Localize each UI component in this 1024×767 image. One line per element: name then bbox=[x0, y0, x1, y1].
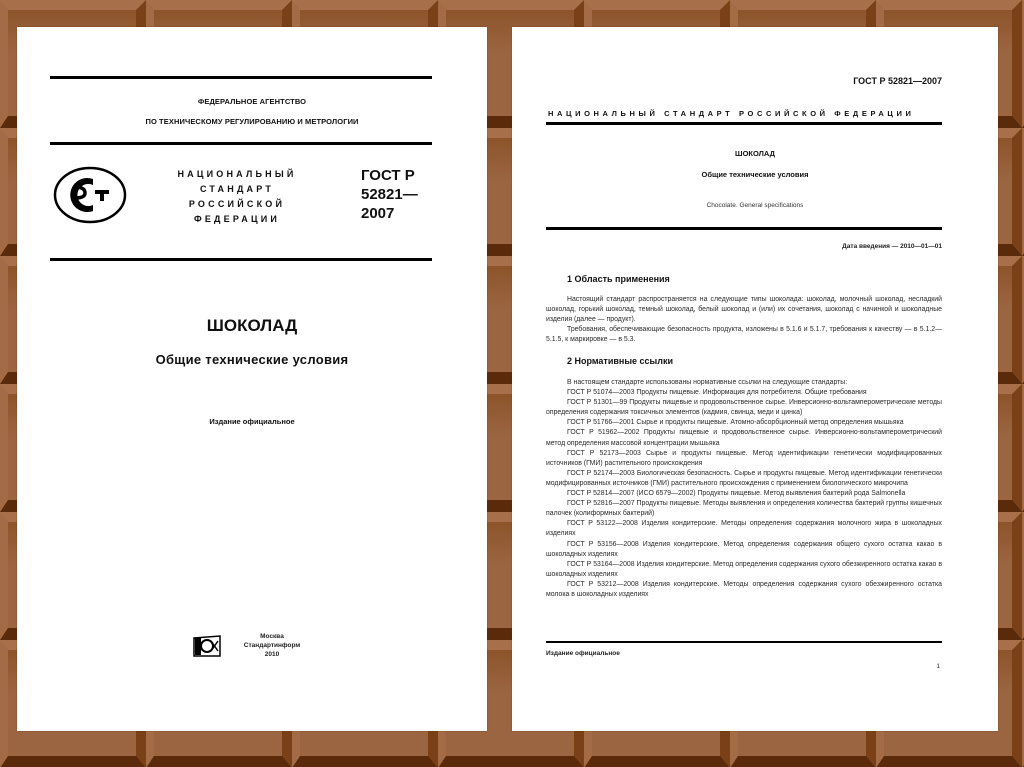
references-intro: В настоящем стандарте использованы норма… bbox=[546, 378, 942, 388]
section-2-body: В настоящем стандарте использованы норма… bbox=[546, 378, 942, 600]
publisher-city: Москва bbox=[227, 632, 317, 641]
publisher-name: Стандартинформ bbox=[227, 641, 317, 650]
document-title: ШОКОЛАД bbox=[512, 149, 998, 158]
rst-certification-logo-icon bbox=[53, 165, 127, 225]
mid-rule bbox=[50, 142, 432, 145]
nat-line-2: СТАНДАРТ bbox=[157, 182, 317, 197]
reference-item: ГОСТ Р 52814—2007 (ИСО 6579—2002) Продук… bbox=[546, 489, 942, 499]
reference-item: ГОСТ Р 51962—2002 Продукты пищевые и про… bbox=[546, 428, 942, 448]
gost-number: ГОСТ Р 52821— 2007 bbox=[361, 166, 418, 223]
introduction-date: Дата введения — 2010—01—01 bbox=[842, 243, 942, 250]
reference-item: ГОСТ Р 53122—2008 Изделия кондитерские. … bbox=[546, 519, 942, 539]
document-subtitle: Общие технические условия bbox=[17, 352, 487, 367]
lower-rule bbox=[50, 258, 432, 261]
reference-item: ГОСТ Р 53164—2008 Изделия кондитерские. … bbox=[546, 560, 942, 580]
nat-line-3: РОССИЙСКОЙ bbox=[157, 197, 317, 212]
content-page: ГОСТ Р 52821—2007 НАЦИОНАЛЬНЫЙ СТАНДАРТ … bbox=[512, 27, 998, 731]
gost-id: 52821— bbox=[361, 185, 418, 204]
reference-item: ГОСТ Р 51301—99 Продукты пищевые и продо… bbox=[546, 398, 942, 418]
edition-label: Издание официальное bbox=[17, 417, 487, 426]
agency-line-2: ПО ТЕХНИЧЕСКОМУ РЕГУЛИРОВАНИЮ И МЕТРОЛОГ… bbox=[17, 117, 487, 126]
reference-item: ГОСТ Р 53212—2008 Изделия кондитерские. … bbox=[546, 580, 942, 600]
standartinform-logo-icon bbox=[193, 635, 221, 657]
reference-item: ГОСТ Р 52816—2007 Продукты пищевые. Мето… bbox=[546, 499, 942, 519]
nat-line-1: НАЦИОНАЛЬНЫЙ bbox=[157, 167, 317, 182]
publisher-info: Москва Стандартинформ 2010 bbox=[227, 632, 317, 659]
agency-line-1: ФЕДЕРАЛЬНОЕ АГЕНТСТВО bbox=[17, 97, 487, 106]
reference-item: ГОСТ Р 52174—2003 Биологическая безопасн… bbox=[546, 469, 942, 489]
gost-year: 2007 bbox=[361, 204, 418, 223]
reference-item: ГОСТ Р 53156—2008 Изделия кондитерские. … bbox=[546, 540, 942, 560]
running-header: ГОСТ Р 52821—2007 bbox=[853, 76, 942, 86]
gost-prefix: ГОСТ Р bbox=[361, 166, 418, 185]
title-rule bbox=[546, 227, 942, 230]
section-1-paragraph: Требования, обеспечивающие безопасность … bbox=[546, 325, 942, 345]
document-title: ШОКОЛАД bbox=[17, 316, 487, 336]
national-standard-label: НАЦИОНАЛЬНЫЙ СТАНДАРТ РОССИЙСКОЙ ФЕДЕРАЦ… bbox=[157, 167, 317, 227]
footer-edition-label: Издание официальное bbox=[546, 650, 620, 657]
section-1-heading: 1 Область применения bbox=[567, 274, 670, 284]
cover-page: ФЕДЕРАЛЬНОЕ АГЕНТСТВО ПО ТЕХНИЧЕСКОМУ РЕ… bbox=[17, 27, 487, 731]
publisher-year: 2010 bbox=[227, 650, 317, 659]
document-subtitle: Общие технические условия bbox=[512, 170, 998, 179]
reference-list: ГОСТ Р 51074—2003 Продукты пищевые. Инфо… bbox=[546, 388, 942, 600]
footer-rule bbox=[546, 641, 942, 643]
reference-item: ГОСТ Р 52173—2003 Сырье и продукты пищев… bbox=[546, 449, 942, 469]
section-2-heading: 2 Нормативные ссылки bbox=[567, 356, 673, 366]
english-title: Chocolate. General specifications bbox=[512, 202, 998, 209]
section-1-paragraph: Настоящий стандарт распространяется на с… bbox=[546, 295, 942, 325]
reference-item: ГОСТ Р 51074—2003 Продукты пищевые. Инфо… bbox=[546, 388, 942, 398]
nat-line-4: ФЕДЕРАЦИИ bbox=[157, 212, 317, 227]
page-number: 1 bbox=[936, 663, 940, 670]
section-1-body: Настоящий стандарт распространяется на с… bbox=[546, 295, 942, 345]
top-rule bbox=[50, 76, 432, 79]
reference-item: ГОСТ Р 51766—2001 Сырье и продукты пищев… bbox=[546, 418, 942, 428]
header-rule bbox=[546, 122, 942, 125]
national-standard-banner: НАЦИОНАЛЬНЫЙ СТАНДАРТ РОССИЙСКОЙ ФЕДЕРАЦ… bbox=[548, 109, 944, 118]
